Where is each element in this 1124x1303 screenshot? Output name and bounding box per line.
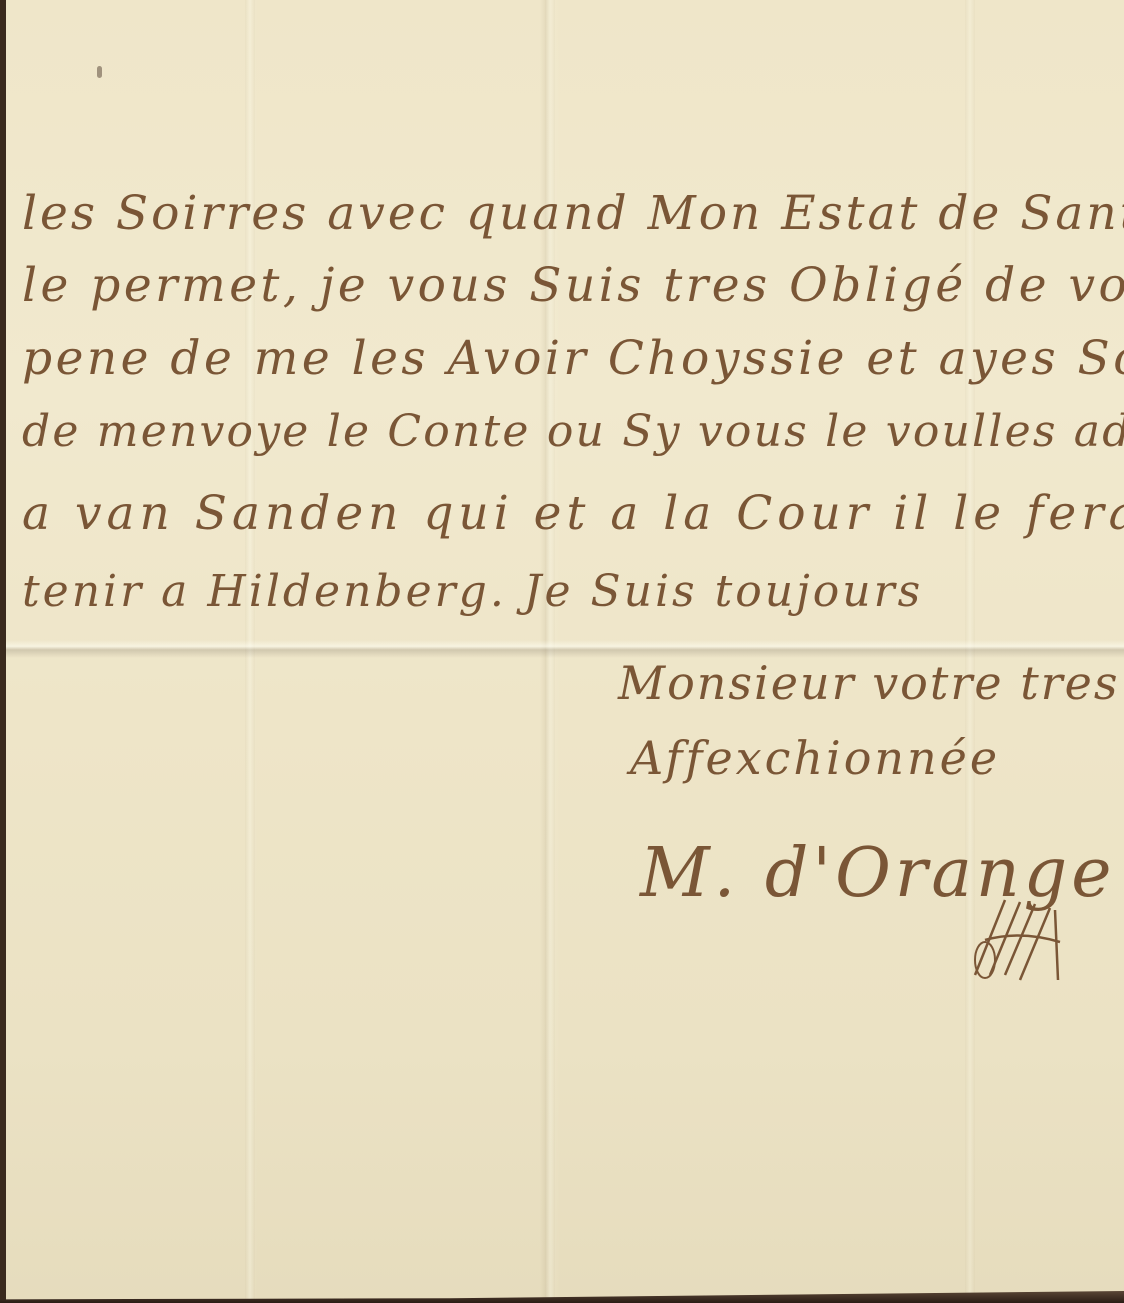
letter-page: les Soirres avec quand Mon Estat de Sant…: [0, 0, 1124, 1303]
closing-line-2: Affexchionnée: [630, 735, 1000, 781]
letter-line-5: a van Sanden qui et a la Cour il le fera: [22, 490, 1124, 537]
scan-edge-left: [0, 0, 6, 1303]
letter-line-4: de menvoye le Conte ou Sy vous le voulle…: [22, 410, 1124, 454]
closing-line-1: Monsieur votre tres: [618, 660, 1120, 706]
letter-line-2: le permet, je vous Suis tres Obligé de v…: [22, 262, 1124, 309]
letter-line-1: les Soirres avec quand Mon Estat de Sant…: [22, 190, 1124, 237]
letter-text: les Soirres avec quand Mon Estat de Sant…: [0, 0, 1124, 1303]
letter-line-3: pene de me les Avoir Choyssie et ayes So…: [22, 335, 1124, 382]
letter-line-6: tenir a Hildenberg. Je Suis toujours: [22, 570, 923, 614]
signature-flourish-icon: [960, 880, 1070, 990]
